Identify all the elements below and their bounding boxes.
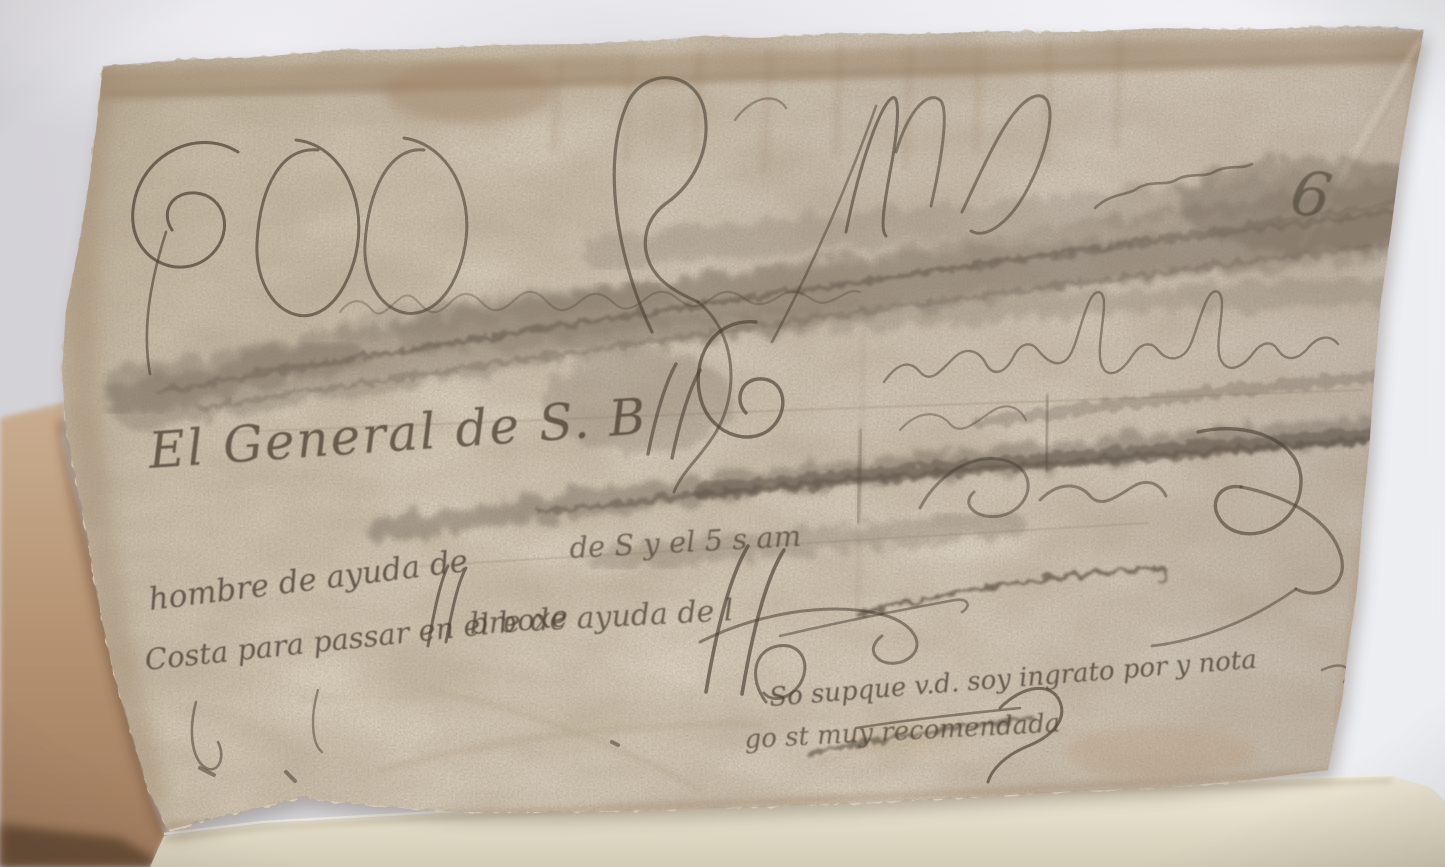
manuscript-photo-svg: El General de S. B de S y el 5 s am homb… [0, 0, 1445, 867]
photo-stage: El General de S. B de S y el 5 s am homb… [0, 0, 1445, 867]
photo-vignette [0, 0, 1445, 867]
